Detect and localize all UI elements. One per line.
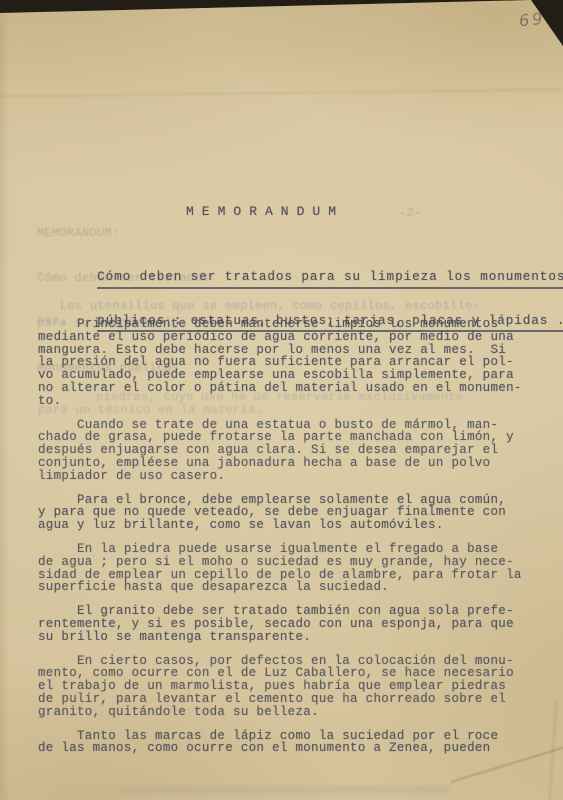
paper-crease-top: [0, 89, 563, 98]
subject-heading-line-1: Cómo deben ser tratados para su limpieza…: [97, 270, 563, 289]
paragraph: Para el bronce, debe emplearse solamente…: [38, 494, 543, 532]
typed-line: conjunto, empléese una jabonadura hecha …: [38, 457, 543, 470]
typed-line: limpiador de uso casero.: [38, 470, 543, 483]
body-paragraphs: Principalmente deben mantenerse limpios …: [38, 318, 543, 766]
typed-line: de pulir, para levantar el cemento que h…: [38, 693, 543, 706]
paper-sheet: 69 MEMORANDUM: Cómo deben ser tratados p…: [0, 0, 563, 800]
typed-line: granito, quitándole toda su belleza.: [38, 706, 543, 719]
typed-line: Principalmente deben mantenerse limpios …: [38, 318, 543, 331]
paragraph: El granito debe ser tratado también con …: [38, 605, 543, 643]
typed-line: rentemente, y si es posible, secado con …: [38, 618, 543, 631]
typed-line: mediante el uso periódico de agua corrie…: [38, 331, 543, 344]
paragraph: Tanto las marcas de lápiz como la sucied…: [38, 730, 543, 756]
scanned-document: 69 MEMORANDUM: Cómo deben ser tratados p…: [0, 0, 563, 800]
paragraph: Cuando se trate de una estatua o busto d…: [38, 419, 543, 483]
typed-line: agua y luz brillante, como se lavan los …: [38, 519, 543, 532]
typed-line: su brillo se mantenga transparente.: [38, 631, 543, 644]
pencil-page-number: 69: [518, 9, 546, 31]
typed-line: de agua ; pero si el moho o suciedad es …: [38, 556, 543, 569]
typed-line: de las manos, como ocurre con el monumen…: [38, 742, 543, 755]
document-title: MEMORANDUM: [186, 204, 344, 219]
paragraph: Principalmente deben mantenerse limpios …: [38, 318, 543, 408]
typed-line: to.: [38, 395, 543, 408]
typed-line: el trabajo de un marmolista, pues habría…: [38, 680, 543, 693]
bleed-through-page-number: -2-: [399, 206, 422, 220]
typed-line: En la piedra puede usarse igualmente el …: [38, 543, 543, 556]
typed-line: superficie hasta que desaparezca la suci…: [38, 581, 543, 594]
paragraph: En cierto casos, por defectos en la colo…: [38, 655, 543, 719]
bleed-through-smudge: [120, 786, 450, 793]
typed-line: no alterar el color o pátina del materia…: [38, 382, 543, 395]
paragraph: En la piedra puede usarse igualmente el …: [38, 543, 543, 594]
bleed-through-line: MEMORANDUM:: [37, 226, 210, 241]
